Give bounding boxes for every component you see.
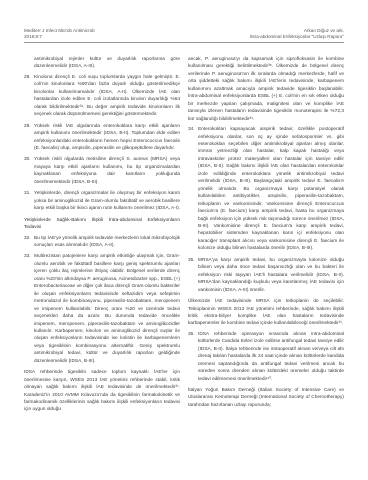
list-item: 35.MRSA'ya karşı ampirik tedavi, bu orga… [188,257,344,294]
item-number: 32. [24,235,31,242]
paragraph: antimikrobiyal rejimler kültür ve duyarl… [24,56,180,71]
item-number: 31. [24,190,31,197]
item-text: Enterokokları kapsayacak ampirik tedavi;… [198,127,344,251]
page-header: Mediterr J Infect Microb Antimicrob 2019… [0,0,368,45]
article-short-title: İntra-abdominal Enfeksiyonlar "Uzlaşı Ra… [250,34,344,40]
section-heading: Yetişkinlerde Sağlık-Bakımı İlişkili İnt… [24,217,180,232]
list-item: 28.Kinolona dirençli E. coli suşu toplum… [24,74,180,119]
journal-info: Mediterr J Infect Microb Antimicrob 2019… [24,28,95,40]
item-number: 36. [188,331,195,338]
item-number: 29. [24,123,31,130]
item-number: 35. [188,257,195,264]
paragraph: ancak, P. aeruginosa'yı da kapsamak için… [188,56,344,123]
list-item: 32.Bu tip İAE'ye yönelik ampirik tedavid… [24,235,180,250]
list-item: 33.Multirezistan patojenlere karşı ampir… [24,253,180,365]
item-text: Yetişkinlerde, dirençli organizmalar ile… [34,191,180,211]
item-text: Yüksek riskli olgularda metisiline diren… [34,157,180,184]
right-column: ancak, P. aeruginosa'yı da kapsamak için… [188,56,344,412]
left-column: antimikrobiyal rejimler kültür ve duyarl… [24,56,180,417]
item-text: Yüksek riskli İAE olgularında enterokokl… [34,124,180,151]
list-item: 34.Enterokokları kapsayacak ampirik teda… [188,126,344,253]
item-text: Multirezistan patojenlere karşı ampirik … [34,254,180,363]
paragraph: IDSA rehberinde tigesiklin sadece toplum… [24,369,180,414]
item-text: IDSA rehberinde operasyon sırasında alın… [198,332,344,382]
item-text: MRSA'ya karşı ampirik tedavi, bu organiz… [198,258,344,293]
item-text: Bu tip İAE'ye yönelik ampirik tedavide m… [34,236,180,248]
item-text: Kinolona dirençli E. coli suşu toplumlar… [34,75,180,117]
list-item: 36.IDSA rehberinde operasyon sırasında a… [188,331,344,383]
list-item: 31.Yetişkinlerde, dirençli organizmalar … [24,190,180,212]
paragraph: İtalyan Yoğun Bakım Derneği (Italian Soc… [188,387,344,409]
header-divider [24,42,344,43]
item-number: 33. [24,253,31,260]
journal-issue: 2019;8:7 [24,34,95,40]
item-number: 28. [24,74,31,81]
paragraph: Ülkemizde İAE tedavisinde MRSA için teik… [188,298,344,328]
article-info: Arkan Diğuz ve ark. İntra-abdominal Enfe… [250,28,344,40]
item-number: 30. [24,156,31,163]
item-number: 34. [188,126,195,133]
list-item: 30.Yüksek riskli olgularda metisiline di… [24,156,180,186]
list-item: 29.Yüksek riskli İAE olgularında enterok… [24,123,180,153]
